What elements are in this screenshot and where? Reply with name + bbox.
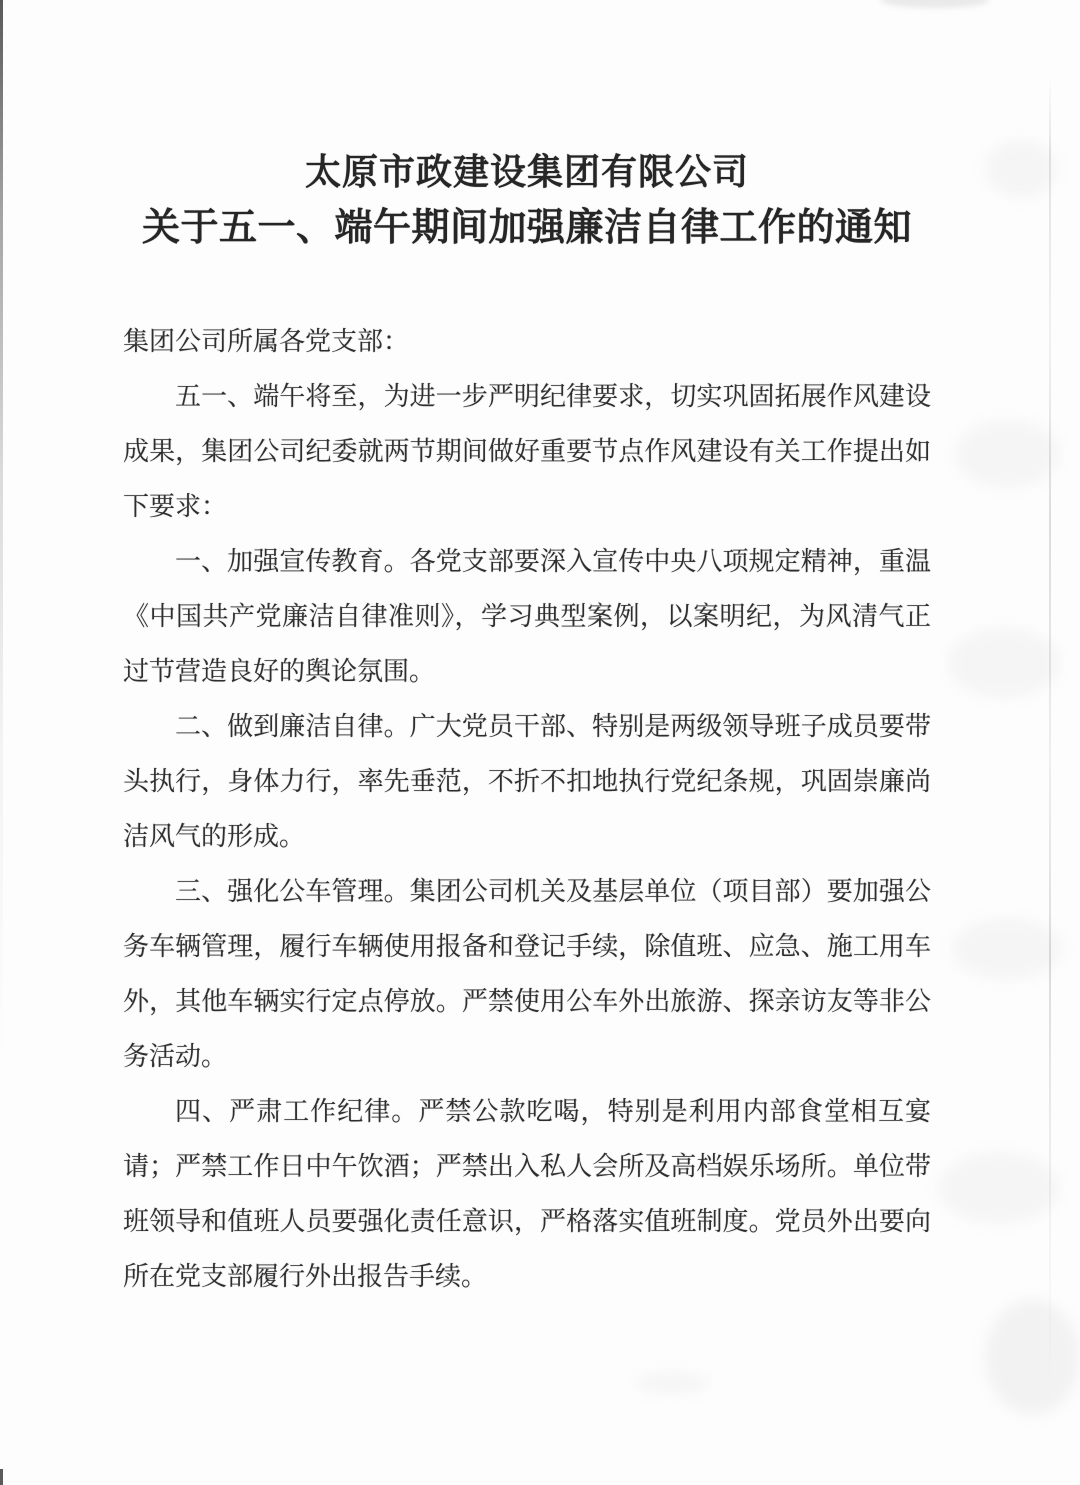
scan-artifact-smudge [880, 0, 990, 8]
scan-artifact-smudge [985, 140, 1057, 198]
salutation-line: 集团公司所属各党支部： [123, 314, 931, 369]
scanned-notice-page: 太原市政建设集团有限公司 关于五一、端午期间加强廉洁自律工作的通知 集团公司所属… [0, 0, 1080, 1485]
scan-artifact-smudge [985, 1300, 1080, 1415]
scan-artifact-left-edge [0, 0, 3, 1060]
scan-artifact-smudge [955, 420, 1060, 488]
notice-body: 集团公司所属各党支部： 五一、端午将至，为进一步严明纪律要求，切实巩固拓展作风建… [123, 314, 931, 1304]
company-name-title: 太原市政建设集团有限公司 [123, 146, 931, 198]
paragraph-item-4: 四、严肃工作纪律。严禁公款吃喝，特别是利用内部食堂相互宴请；严禁工作日中午饮酒；… [123, 1084, 931, 1304]
scan-artifact-smudge [952, 918, 1062, 980]
scan-artifact-smudge [635, 1372, 710, 1394]
paragraph-intro: 五一、端午将至，为进一步严明纪律要求，切实巩固拓展作风建设成果，集团公司纪委就两… [123, 369, 931, 534]
paragraph-item-1: 一、加强宣传教育。各党支部要深入宣传中央八项规定精神，重温《中国共产党廉洁自律准… [123, 534, 931, 699]
notice-title: 关于五一、端午期间加强廉洁自律工作的通知 [123, 198, 931, 258]
scan-artifact-left-edge-bottom [0, 1469, 3, 1485]
scan-artifact-smudge [948, 628, 1060, 698]
paragraph-item-2: 二、做到廉洁自律。广大党员干部、特别是两级领导班子成员要带头执行，身体力行，率先… [123, 699, 931, 864]
scan-artifact-smudge [938, 1152, 1060, 1224]
paragraph-item-3: 三、强化公车管理。集团公司机关及基层单位（项目部）要加强公务车辆管理，履行车辆使… [123, 864, 931, 1084]
notice-document: 太原市政建设集团有限公司 关于五一、端午期间加强廉洁自律工作的通知 集团公司所属… [123, 146, 931, 1304]
